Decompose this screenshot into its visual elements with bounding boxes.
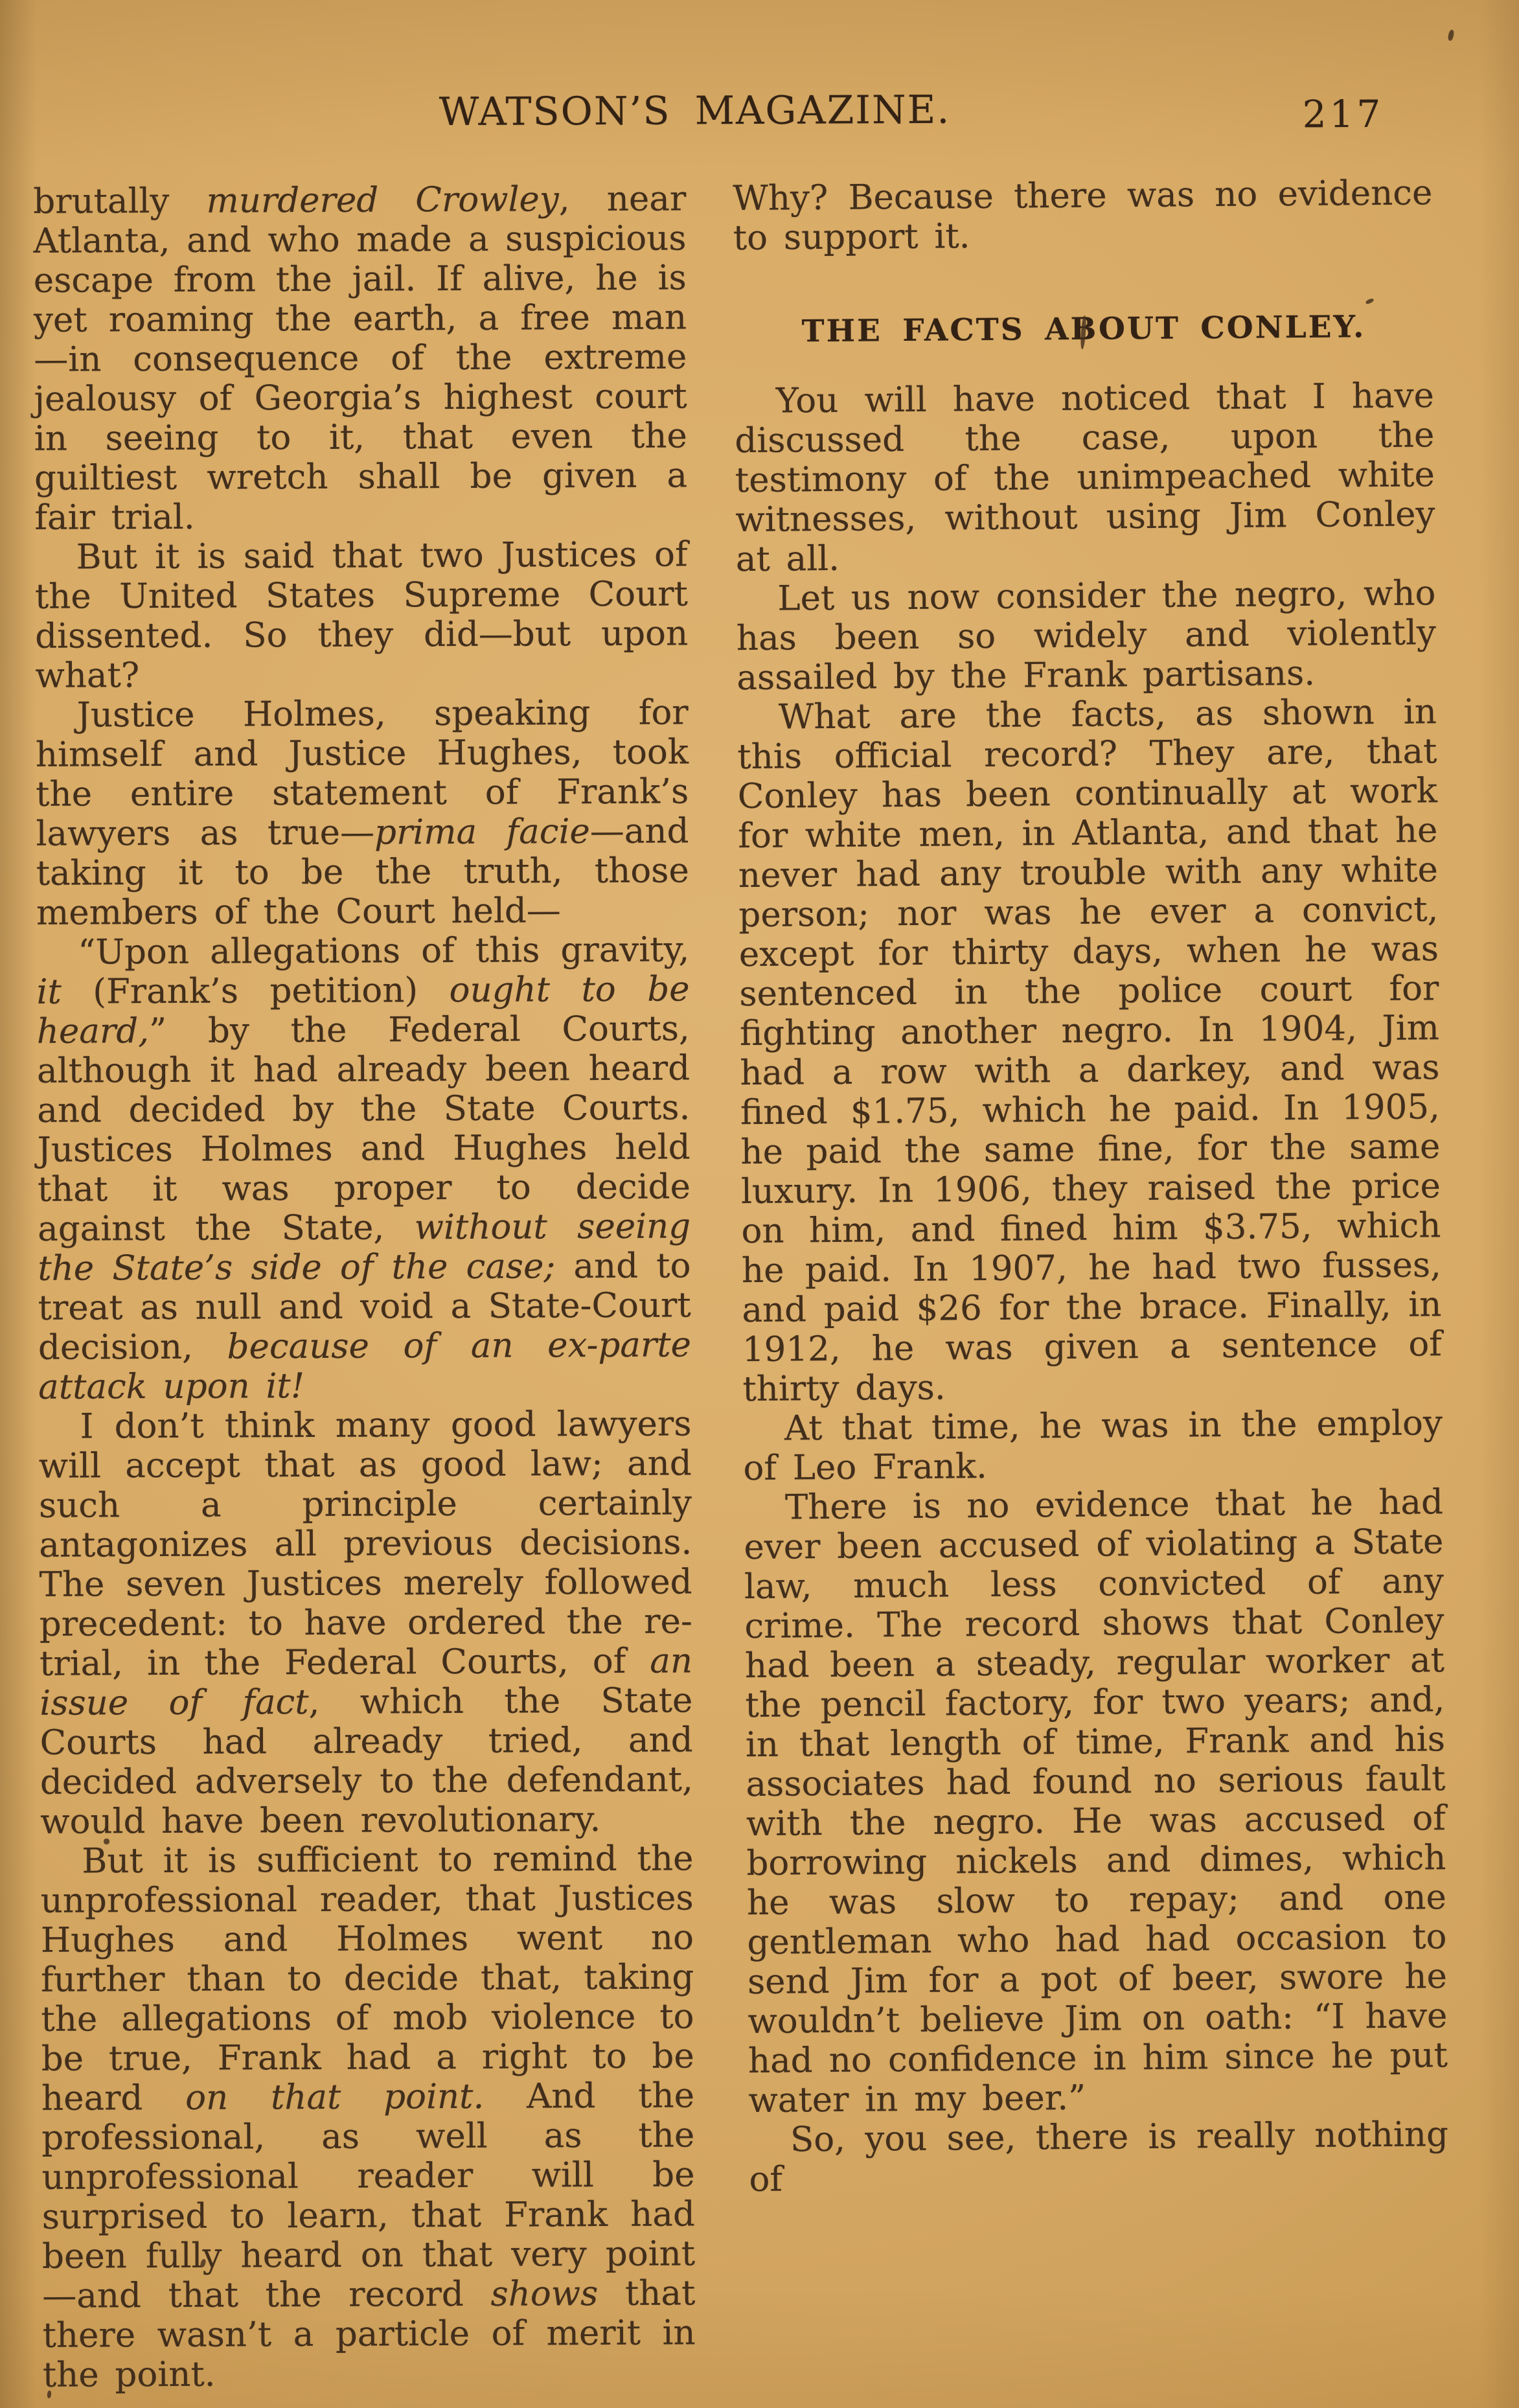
left-column: brutally murdered Crowley, near Atlanta,… [33,179,696,2394]
ink-speck [104,1839,109,1844]
body-text: At that time, he was in the employ of Le… [743,1403,1443,1488]
italic-text: it [36,972,62,1012]
paragraph: But it is sufficient to remind the unpro… [40,1839,696,2394]
italic-text: shows [490,2274,598,2314]
paragraph: Let us now consider the negro, who has b… [736,573,1436,698]
paragraph: There is no evidence that he had ever be… [744,1482,1448,2120]
paragraph: “Upon allegations of this gravity, it (F… [36,930,691,1406]
page-content: WATSON’S MAGAZINE. 217 brutally murdered… [0,0,1519,2408]
body-text: What are the facts, as shown in this off… [737,692,1442,1409]
paragraph: But it is said that two Justices of the … [35,534,689,695]
body-text: But it is said that two Justices of the … [35,534,689,695]
italic-text: prima facie [374,812,590,852]
page-number: 217 [1303,92,1384,137]
body-text: (Frank’s petition) [62,970,450,1012]
body-text: You will have noticed that I have discus… [735,376,1435,579]
paragraph: You will have noticed that I have discus… [735,376,1435,579]
running-title: WATSON’S MAGAZINE. [409,87,979,135]
body-text: “Upon allegations of this gravity, [78,930,689,972]
body-text: I don’t think many good lawyers will acc… [39,1404,692,1683]
paragraph: Why? Because there was no evidence to su… [733,173,1433,258]
body-text: , near Atlanta, and who made a suspiciou… [33,179,687,537]
body-text: Let us now consider the negro, who has b… [737,573,1436,698]
paragraph: I don’t think many good lawyers will acc… [38,1404,693,1841]
paragraph: brutally murdered Crowley, near Atlanta,… [33,179,687,537]
paragraph: What are the facts, as shown in this off… [737,692,1443,1409]
italic-text: on that point. [185,2077,484,2118]
magazine-page-scan: WATSON’S MAGAZINE. 217 brutally murdered… [0,0,1519,2408]
paragraph: Justice Holmes, speaking for himself and… [36,693,690,932]
body-text: Why? Because there was no evidence to su… [733,173,1432,258]
paragraph: So, you see, there is really nothing of [749,2115,1449,2199]
body-text: brutally [33,181,207,222]
body-text: There is no evidence that he had ever be… [744,1482,1448,2120]
page-body: brutally murdered Crowley, near Atlanta,… [33,176,1442,2394]
italic-text: murdered Crowley [206,179,558,220]
right-column: Why? Because there was no evidence to su… [733,173,1449,2199]
paragraph: At that time, he was in the employ of Le… [743,1403,1443,1488]
body-text: So, you see, there is really nothing of [749,2115,1448,2199]
